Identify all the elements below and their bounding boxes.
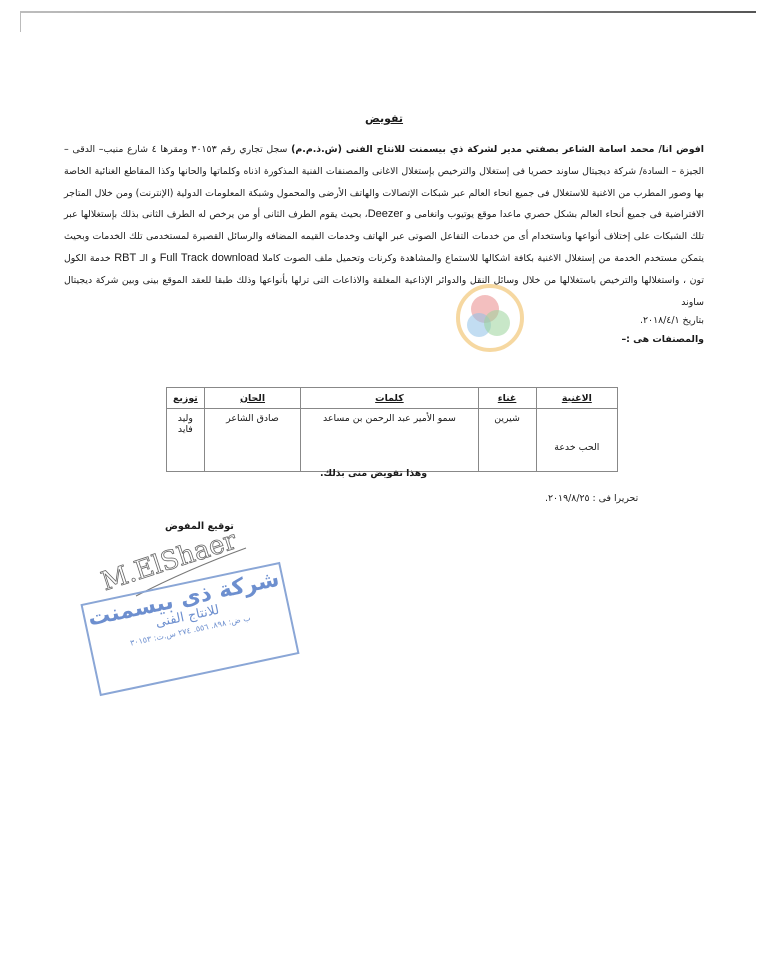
cell-arranger: وليد فايد <box>167 409 205 472</box>
document-title: تفويض <box>64 112 704 125</box>
para-part-3: و الـ <box>136 253 159 264</box>
header-song: الاغنية <box>536 388 617 409</box>
header-composer: الحان <box>204 388 301 409</box>
cell-composer: صادق الشاعر <box>204 409 301 472</box>
document-body: تفويض افوض انا/ محمد اسامة الشاعر بصفتي … <box>64 112 704 345</box>
contract-date: بتاريخ ٢٠١٨/٤/١. <box>64 315 704 326</box>
works-label: والمصنفات هى :– <box>64 334 704 345</box>
header-lyrics: كلمات <box>301 388 478 409</box>
rbt-text: RBT <box>114 252 136 264</box>
cell-singer: شيرين <box>478 409 536 472</box>
cell-lyrics: سمو الأمير عبد الرحمن بن مساعد <box>301 409 478 472</box>
header-arranger: توزيع <box>167 388 205 409</box>
lead-text: افوض انا/ محمد اسامة الشاعر بصفتي مدير ل… <box>291 144 704 155</box>
full-track-text: Full Track download <box>160 252 259 264</box>
deezer-text: Deezer <box>368 208 403 220</box>
written-date: تحريرا فى : ٢٠١٩/٨/٢٥. <box>545 493 638 504</box>
cell-song: الحب خدعة <box>536 409 617 472</box>
table-header-row: الاغنية غناء كلمات الحان توزيع <box>167 388 618 409</box>
authorization-paragraph: افوض انا/ محمد اسامة الشاعر بصفتي مدير ل… <box>64 139 704 313</box>
header-singer: غناء <box>478 388 536 409</box>
works-table: الاغنية غناء كلمات الحان توزيع الحب خدعة… <box>166 387 618 472</box>
watermark-logo-icon <box>455 283 525 353</box>
top-border-line <box>20 11 756 13</box>
left-border-line <box>20 12 21 32</box>
closing-statement: وهذا تفويض منى بذلك. <box>320 468 427 479</box>
table-row: الحب خدعة شيرين سمو الأمير عبد الرحمن بن… <box>167 409 618 472</box>
